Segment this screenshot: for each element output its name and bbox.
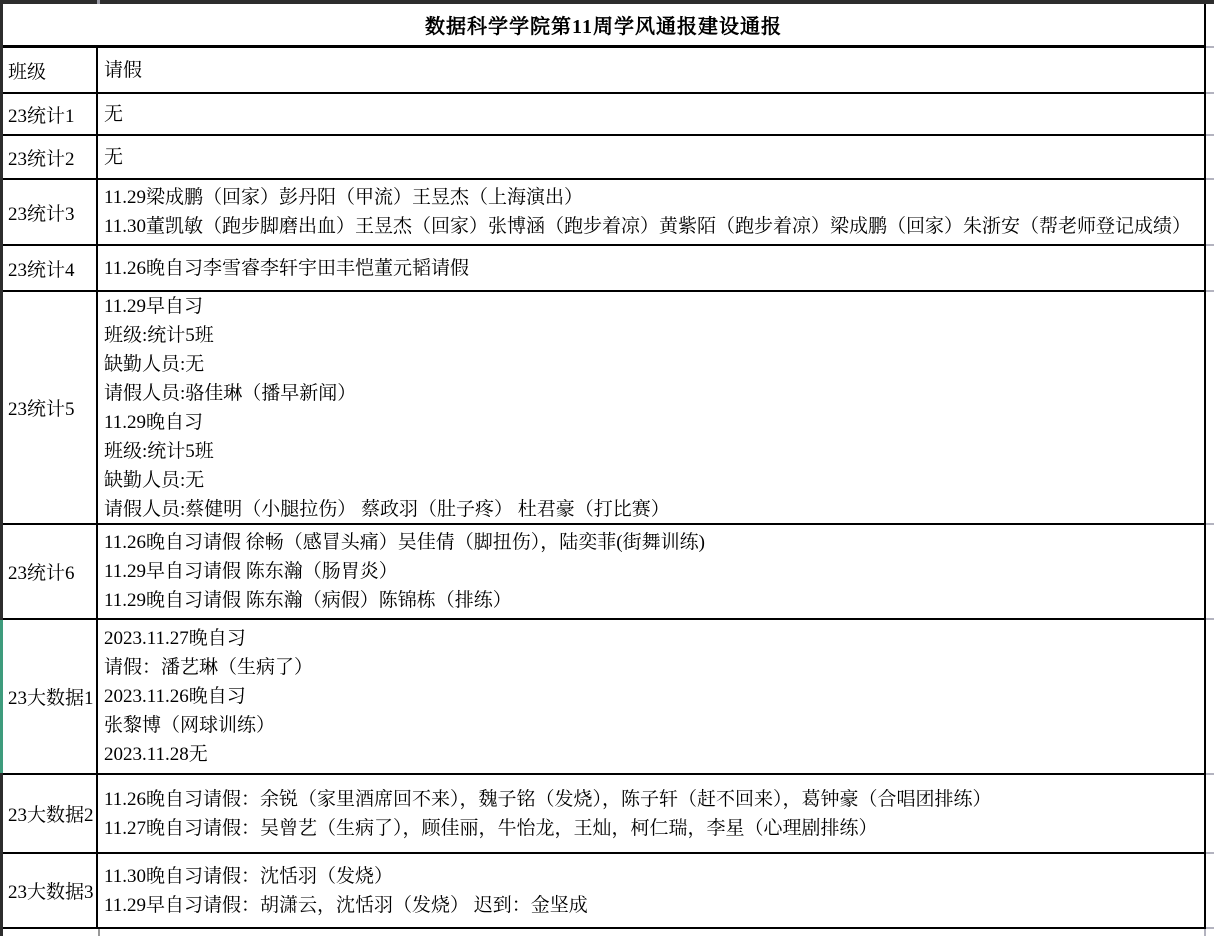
table-row: 23统计5 11.29早自习 班级:统计5班 缺勤人员:无 请假人员:骆佳琳（播… bbox=[3, 292, 1204, 525]
gridline-tick bbox=[1206, 523, 1214, 525]
table-row: 23统计6 11.26晚自习请假 徐畅（感冒头痛）吴佳倩（脚扭伤），陆奕菲(街舞… bbox=[3, 525, 1204, 620]
leave-report-table: 数据科学学院第11周学风通报建设通报 班级 请假 23统计1 无 23统计2 无… bbox=[3, 4, 1206, 929]
gridline-tick bbox=[1206, 852, 1214, 854]
table-row: 23统计4 11.26晚自习李雪睿李轩宇田丰恺董元韬请假 bbox=[3, 246, 1204, 292]
page-title: 数据科学学院第11周学风通报建设通报 bbox=[425, 10, 782, 39]
leave-cell: 11.26晚自习李雪睿李轩宇田丰恺董元韬请假 bbox=[98, 246, 1204, 290]
table-row: 23大数据3 11.30晚自习请假：沈恬羽（发烧） 11.29早自习请假：胡潇云… bbox=[3, 854, 1204, 929]
leave-cell: 11.29早自习 班级:统计5班 缺勤人员:无 请假人员:骆佳琳（播早新闻） 1… bbox=[98, 292, 1204, 523]
class-cell: 23统计3 bbox=[3, 180, 98, 244]
leave-cell: 11.29梁成鹏（回家）彭丹阳（甲流）王昱杰（上海演出） 11.30董凯敏（跑步… bbox=[98, 180, 1204, 244]
next-row-partial bbox=[3, 929, 1206, 936]
gridline-tick bbox=[1206, 134, 1214, 136]
class-cell: 23大数据1 bbox=[3, 620, 98, 773]
gridline-tick bbox=[1206, 178, 1214, 180]
table-header-row: 班级 请假 bbox=[3, 48, 1204, 94]
gridline-tick bbox=[1206, 46, 1214, 48]
gridline-tick bbox=[1206, 92, 1214, 94]
leave-cell: 11.26晚自习请假 徐畅（感冒头痛）吴佳倩（脚扭伤），陆奕菲(街舞训练) 11… bbox=[98, 525, 1204, 618]
class-cell: 23统计5 bbox=[3, 292, 98, 523]
class-cell: 23统计2 bbox=[3, 136, 98, 178]
leave-cell: 无 bbox=[98, 94, 1204, 134]
gridline-tick bbox=[1206, 773, 1214, 775]
table-row-highlighted: 23大数据1 2023.11.27晚自习 请假：潘艺琳（生病了） 2023.11… bbox=[3, 620, 1204, 775]
class-cell: 23统计4 bbox=[3, 246, 98, 290]
column-header-leave: 请假 bbox=[98, 48, 1204, 92]
leave-cell: 2023.11.27晚自习 请假：潘艺琳（生病了） 2023.11.26晚自习 … bbox=[98, 620, 1204, 773]
right-gridline bbox=[1204, 929, 1206, 936]
class-cell: 23统计1 bbox=[3, 94, 98, 134]
column-divider bbox=[98, 929, 100, 936]
leave-cell: 11.30晚自习请假：沈恬羽（发烧） 11.29早自习请假：胡潇云，沈恬羽（发烧… bbox=[98, 854, 1204, 927]
class-cell: 23大数据2 bbox=[3, 775, 98, 852]
table-row: 23统计2 无 bbox=[3, 136, 1204, 180]
leave-cell: 无 bbox=[98, 136, 1204, 178]
gridline-tick bbox=[1206, 618, 1214, 620]
table-row: 数据科学学院第11周学风通报建设通报 bbox=[3, 4, 1204, 48]
table-row: 23统计1 无 bbox=[3, 94, 1204, 136]
class-cell: 23大数据3 bbox=[3, 854, 98, 927]
gridline-tick bbox=[1206, 290, 1214, 292]
table-row: 23统计3 11.29梁成鹏（回家）彭丹阳（甲流）王昱杰（上海演出） 11.30… bbox=[3, 180, 1204, 246]
class-cell: 23统计6 bbox=[3, 525, 98, 618]
gridline-tick bbox=[1206, 244, 1214, 246]
gridline-tick bbox=[1206, 927, 1214, 929]
column-header-class: 班级 bbox=[3, 48, 98, 92]
leave-cell: 11.26晚自习请假：余锐（家里酒席回不来），魏子铭（发烧），陈子轩（赶不回来）… bbox=[98, 775, 1204, 852]
table-row: 23大数据2 11.26晚自习请假：余锐（家里酒席回不来），魏子铭（发烧），陈子… bbox=[3, 775, 1204, 854]
